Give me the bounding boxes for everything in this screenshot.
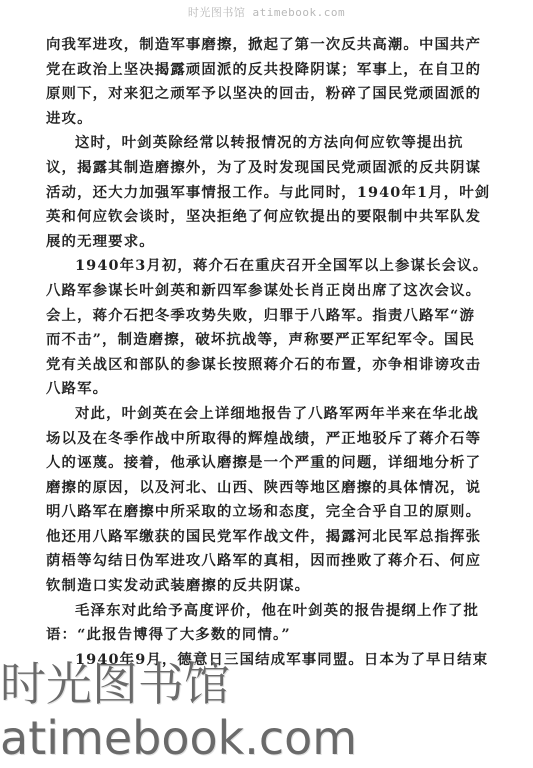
header-watermark: 时光图书馆 atimebook.com bbox=[0, 4, 533, 20]
text-line: 英和何应钦会谈时，坚决拒绝了何应钦提出的要限制中共军队发 bbox=[46, 205, 462, 230]
text-line: 语：“此报告博得了大多数的同情。” bbox=[46, 623, 462, 648]
text-line: 他还用八路军缴获的国民党军作战文件，揭露河北民军总指挥张 bbox=[46, 525, 462, 550]
text-line: 八路军参谋长叶剑英和新四军参谋处长肖正岗出席了这次会议。 bbox=[46, 279, 462, 304]
text-line: 毛泽东对此给予高度评价，他在叶剑英的报告提纲上作了批 bbox=[46, 599, 462, 624]
text-line: 活动，还大力加强军事情报工作。与此同时，1940年1月，叶剑 bbox=[46, 181, 462, 206]
text-line: 原则下，对来犯之顽军予以坚决的回击，粉碎了国民党顽固派的 bbox=[46, 82, 462, 107]
footer-watermark: 时光图书馆 atimebook.com bbox=[0, 657, 533, 765]
text-line: 1940年3月初，蒋介石在重庆召开全国军以上参谋长会议。 bbox=[46, 254, 462, 279]
footer-watermark-cn: 时光图书馆 bbox=[0, 657, 533, 711]
text-line: 钦制造口实发动武装磨擦的反共阴谋。 bbox=[46, 574, 462, 599]
footer-watermark-en: atimebook.com bbox=[0, 711, 533, 765]
text-line: 展的无理要求。 bbox=[46, 230, 462, 255]
text-line: 八路军。 bbox=[46, 377, 462, 402]
text-line: 党在政治上坚决揭露顽固派的反共投降阴谋；军事上，在自卫的 bbox=[46, 58, 462, 83]
text-line: 场以及在冬季作战中所取得的辉煌战绩，严正地驳斥了蒋介石等 bbox=[46, 427, 462, 452]
text-line: 这时，叶剑英除经常以转报情况的方法向何应钦等提出抗 bbox=[46, 131, 462, 156]
document-page: 向我军进攻，制造军事磨擦，掀起了第一次反共高潮。中国共产 党在政治上坚决揭露顽固… bbox=[46, 33, 462, 672]
text-line: 磨擦的原因，以及河北、山西、陕西等地区磨擦的具体情况，说 bbox=[46, 476, 462, 501]
text-line: 党有关战区和部队的参谋长按照蒋介石的布置，亦争相诽谤攻击 bbox=[46, 353, 462, 378]
text-line: 向我军进攻，制造军事磨擦，掀起了第一次反共高潮。中国共产 bbox=[46, 33, 462, 58]
text-line: 对此，叶剑英在会上详细地报告了八路军两年半来在华北战 bbox=[46, 402, 462, 427]
text-line: 而不击”，制造磨擦，破坏抗战等，声称要严正军纪军令。国民 bbox=[46, 328, 462, 353]
text-line: 会上，蒋介石把冬季攻势失败，归罪于八路军。指责八路军“游 bbox=[46, 304, 462, 329]
text-line: 进攻。 bbox=[46, 107, 462, 132]
text-line: 明八路军在磨擦中所采取的立场和态度，完全合乎自卫的原则。 bbox=[46, 500, 462, 525]
text-line: 人的诬蔑。接着，他承认磨擦是一个严重的问题，详细地分析了 bbox=[46, 451, 462, 476]
text-line: 荫梧等勾结日伪军进攻八路军的真相，因而挫败了蒋介石、何应 bbox=[46, 549, 462, 574]
text-line: 议，揭露其制造磨擦外，为了及时发现国民党顽固派的反共阴谋 bbox=[46, 156, 462, 181]
